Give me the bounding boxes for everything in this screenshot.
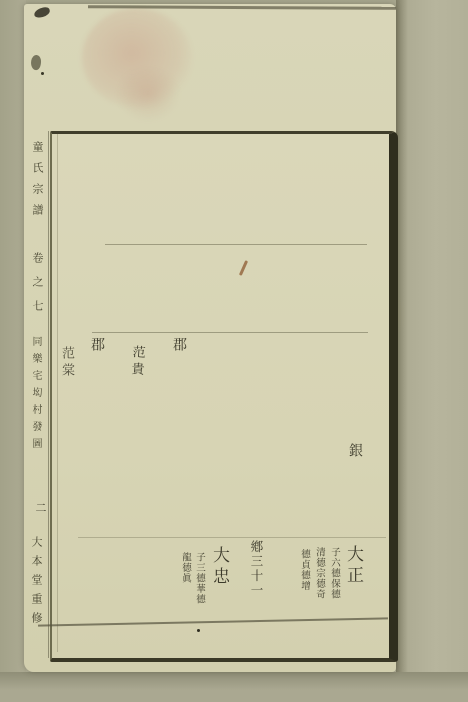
dazheng-sons-note-col3: 德貞德增 <box>297 549 311 591</box>
entry-label-jun-left: 郡 <box>86 337 106 351</box>
spine-book-title: 童氏宗譜 <box>29 141 45 225</box>
photo-background-left <box>0 0 26 702</box>
dazheng-sons-note-col1: 子六德保德 <box>327 547 341 600</box>
entry-name-fangui: 范貴 <box>127 344 148 379</box>
spine-section-title: 同樂宅㘭村發圖 <box>28 336 43 455</box>
chart-rule-top <box>105 244 367 245</box>
entry-name-dazheng: 大正 <box>341 545 366 587</box>
spine-folio-number: 二 <box>32 502 48 513</box>
chart-rule-lower <box>78 537 386 538</box>
entry-label-jun-right: 郡 <box>168 337 188 351</box>
pink-stain <box>82 8 192 108</box>
entry-name-yin: 銀 <box>344 443 364 457</box>
frame-inner-line <box>57 134 58 652</box>
photo-background-right <box>396 0 468 702</box>
generation-rank-label: 鄕三十一 <box>247 540 265 598</box>
spine-hall-name: 大本堂重修 <box>28 536 44 631</box>
photo-background-bottom <box>0 672 468 702</box>
scanned-book-photo: 童氏宗譜 卷之七 同樂宅㘭村發圖 二 大本堂重修 郡 范貴 郡 范棠 銀 大正 … <box>0 0 468 702</box>
pink-stain-small <box>116 66 180 122</box>
chart-rule-middle <box>92 332 368 333</box>
spine-volume-number: 卷之七 <box>29 252 45 324</box>
spine-divider-line <box>48 131 49 658</box>
entry-name-fantang: 范棠 <box>58 346 77 380</box>
dazhong-sons-note-col1: 子三德華德 <box>192 552 206 605</box>
dazheng-sons-note-col2: 清德宗德奇 <box>312 547 326 600</box>
entry-name-dazhong: 大忠 <box>207 546 232 588</box>
dazhong-sons-note-col2: 龍德眞 <box>178 552 192 584</box>
